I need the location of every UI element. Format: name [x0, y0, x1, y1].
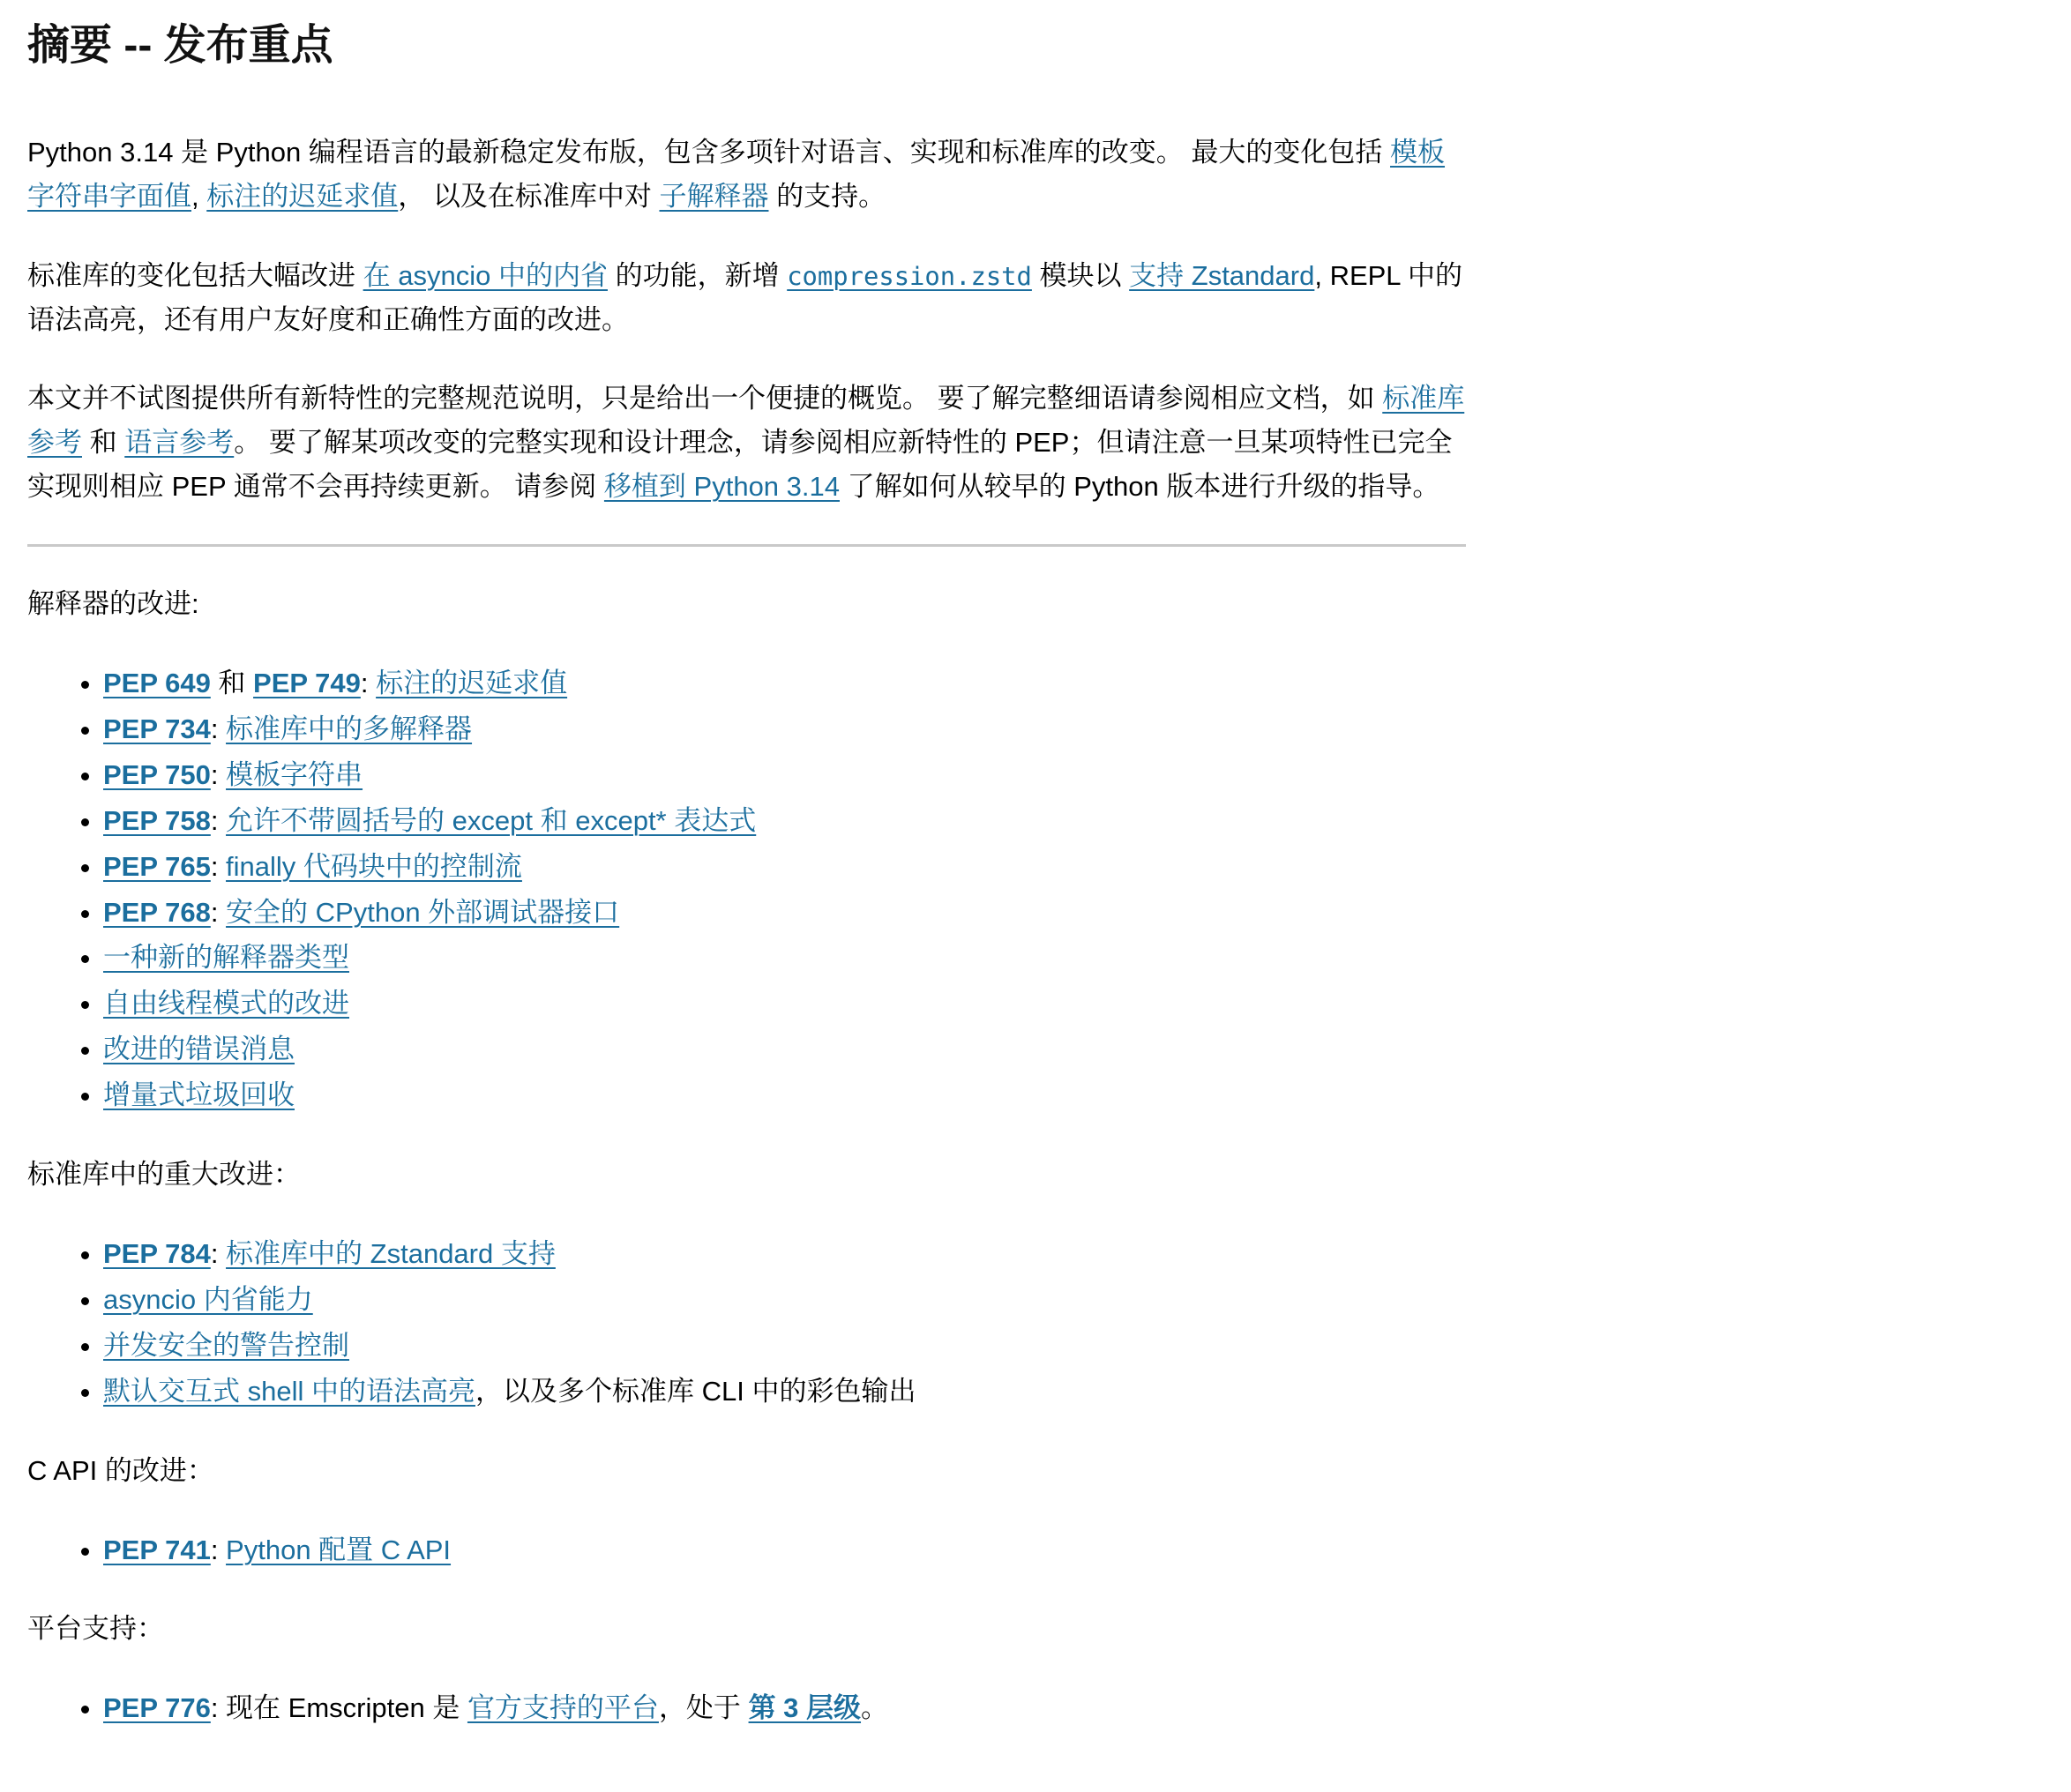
- link-pep-734[interactable]: PEP 734: [103, 713, 211, 744]
- link-zstandard-in-stdlib[interactable]: 标准库中的 Zstandard 支持: [226, 1238, 556, 1269]
- list-item: 自由线程模式的改进: [103, 982, 1466, 1026]
- link-tier-3[interactable]: 第 3 层级: [749, 1692, 861, 1723]
- list-item-text: :: [211, 759, 226, 790]
- link-pep-749[interactable]: PEP 749: [253, 668, 361, 698]
- link-improved-error-messages[interactable]: 改进的错误消息: [103, 1034, 295, 1064]
- list-item: PEP 776: 现在 Emscripten 是 官方支持的平台，处于 第 3 …: [103, 1686, 1466, 1730]
- list-item: 并发安全的警告控制: [103, 1324, 1466, 1368]
- link-new-interpreter-type[interactable]: 一种新的解释器类型: [103, 942, 349, 973]
- inline-code: compression.zstd: [787, 261, 1032, 291]
- list-item-text: :: [211, 1238, 226, 1269]
- list-item-text: :: [211, 805, 226, 836]
- list-item: PEP 741: Python 配置 C API: [103, 1528, 1466, 1572]
- link-asyncio-introspection-capabilities[interactable]: asyncio 内省能力: [103, 1284, 313, 1315]
- section-divider: [27, 544, 1466, 547]
- list-item: 一种新的解释器类型: [103, 936, 1466, 980]
- interpreter-improvements-heading: 解释器的改进:: [27, 582, 1466, 626]
- document-body: 摘要 -- 发布重点 Python 3.14 是 Python 编程语言的最新稳…: [0, 0, 1466, 1792]
- list-item: PEP 750: 模板字符串: [103, 753, 1466, 797]
- link-pep-741[interactable]: PEP 741: [103, 1534, 211, 1565]
- list-item: 默认交互式 shell 中的语法高亮，以及多个标准库 CLI 中的彩色输出: [103, 1370, 1466, 1414]
- link-multiple-interpreters[interactable]: 标准库中的多解释器: [226, 713, 472, 744]
- link-free-threaded-improvements[interactable]: 自由线程模式的改进: [103, 988, 349, 1019]
- intro-paragraph-2: 标准库的变化包括大幅改进 在 asyncio 中的内省 的功能，新增 compr…: [27, 254, 1466, 342]
- link-python-configuration-c-api[interactable]: Python 配置 C API: [226, 1534, 451, 1565]
- capi-improvements-heading: C API 的改进：: [27, 1449, 1466, 1493]
- list-item-text: :: [211, 1534, 226, 1565]
- list-item: asyncio 内省能力: [103, 1278, 1466, 1322]
- list-item: PEP 765: finally 代码块中的控制流: [103, 845, 1466, 889]
- link-asyncio-introspection[interactable]: 在 asyncio 中的内省: [363, 260, 608, 291]
- link-pep-765[interactable]: PEP 765: [103, 851, 211, 882]
- code-link-compression-zstd[interactable]: compression.zstd: [787, 260, 1032, 291]
- list-item-text: :: [211, 897, 226, 928]
- link-pep-750[interactable]: PEP 750: [103, 759, 211, 790]
- link-pep-776[interactable]: PEP 776: [103, 1692, 211, 1723]
- list-item: PEP 649 和 PEP 749: 标注的迟延求值: [103, 661, 1466, 706]
- interpreter-improvements-list: PEP 649 和 PEP 749: 标注的迟延求值 PEP 734: 标准库中…: [27, 661, 1466, 1117]
- list-item: PEP 784: 标准库中的 Zstandard 支持: [103, 1232, 1466, 1276]
- list-item: PEP 768: 安全的 CPython 外部调试器接口: [103, 891, 1466, 935]
- list-item-text: ，处于: [659, 1692, 749, 1723]
- list-item-text: :: [211, 713, 226, 744]
- paragraph-text: ， 以及在标准库中对: [398, 181, 659, 212]
- paragraph-text: 了解如何从较早的 Python 版本进行升级的指导。: [840, 471, 1439, 502]
- link-incremental-gc[interactable]: 增量式垃圾回收: [103, 1079, 295, 1110]
- link-shell-syntax-highlighting[interactable]: 默认交互式 shell 中的语法高亮: [103, 1376, 475, 1407]
- link-pep-758[interactable]: PEP 758: [103, 805, 211, 836]
- paragraph-text: 本文并不试图提供所有新特性的完整规范说明，只是给出一个便捷的概览。 要了解完整细…: [27, 383, 1382, 414]
- list-item: 增量式垃圾回收: [103, 1073, 1466, 1117]
- link-deferred-annotations[interactable]: 标注的迟延求值: [206, 181, 398, 212]
- link-pep-784[interactable]: PEP 784: [103, 1238, 211, 1269]
- list-item-text: :: [211, 1692, 226, 1723]
- link-pep-768[interactable]: PEP 768: [103, 897, 211, 928]
- list-item-text: :: [211, 851, 226, 882]
- list-item: PEP 758: 允许不带圆括号的 except 和 except* 表达式: [103, 799, 1466, 843]
- paragraph-text: 模块以: [1032, 260, 1129, 291]
- paragraph-text: 的支持。: [768, 181, 886, 212]
- link-officially-supported-platform[interactable]: 官方支持的平台: [467, 1692, 659, 1723]
- paragraph-text: ,: [191, 181, 206, 212]
- stdlib-improvements-list: PEP 784: 标准库中的 Zstandard 支持 asyncio 内省能力…: [27, 1232, 1466, 1414]
- platform-support-list: PEP 776: 现在 Emscripten 是 官方支持的平台，处于 第 3 …: [27, 1686, 1466, 1730]
- list-item-text: ，以及多个标准库 CLI 中的彩色输出: [475, 1376, 916, 1407]
- page-title: 摘要 -- 发布重点: [27, 23, 1466, 70]
- link-pep-649[interactable]: PEP 649: [103, 668, 211, 698]
- intro-paragraph-1: Python 3.14 是 Python 编程语言的最新稳定发布版，包含多项针对…: [27, 131, 1466, 219]
- list-item-text: :: [361, 668, 376, 698]
- list-item: 改进的错误消息: [103, 1027, 1466, 1071]
- intro-paragraph-3: 本文并不试图提供所有新特性的完整规范说明，只是给出一个便捷的概览。 要了解完整细…: [27, 377, 1466, 509]
- link-zstandard-support[interactable]: 支持 Zstandard: [1129, 260, 1314, 291]
- platform-support-heading: 平台支持：: [27, 1607, 1466, 1651]
- link-porting-to-python-314[interactable]: 移植到 Python 3.14: [604, 471, 840, 502]
- link-finally-control-flow[interactable]: finally 代码块中的控制流: [226, 851, 522, 882]
- link-subinterpreters[interactable]: 子解释器: [659, 181, 768, 212]
- paragraph-text: 的功能，新增: [608, 260, 787, 291]
- paragraph-text: Python 3.14 是 Python 编程语言的最新稳定发布版，包含多项针对…: [27, 137, 1390, 168]
- stdlib-improvements-heading: 标准库中的重大改进：: [27, 1153, 1466, 1197]
- paragraph-text: 标准库的变化包括大幅改进: [27, 260, 363, 291]
- link-except-expressions[interactable]: 允许不带圆括号的 except 和 except* 表达式: [226, 805, 756, 836]
- link-deferred-evaluation-annotations[interactable]: 标注的迟延求值: [376, 668, 567, 698]
- paragraph-text: 和: [82, 427, 124, 458]
- link-concurrent-safe-warnings[interactable]: 并发安全的警告控制: [103, 1330, 349, 1361]
- capi-improvements-list: PEP 741: Python 配置 C API: [27, 1528, 1466, 1572]
- link-language-reference[interactable]: 语言参考: [124, 427, 234, 458]
- list-item: PEP 734: 标准库中的多解释器: [103, 707, 1466, 751]
- list-item-text: 。: [861, 1692, 888, 1723]
- link-remote-debugging-interface[interactable]: 安全的 CPython 外部调试器接口: [226, 897, 619, 928]
- list-item-text: 和: [211, 668, 253, 698]
- link-template-strings[interactable]: 模板字符串: [226, 759, 363, 790]
- list-item-text: 现在 Emscripten 是: [226, 1692, 467, 1723]
